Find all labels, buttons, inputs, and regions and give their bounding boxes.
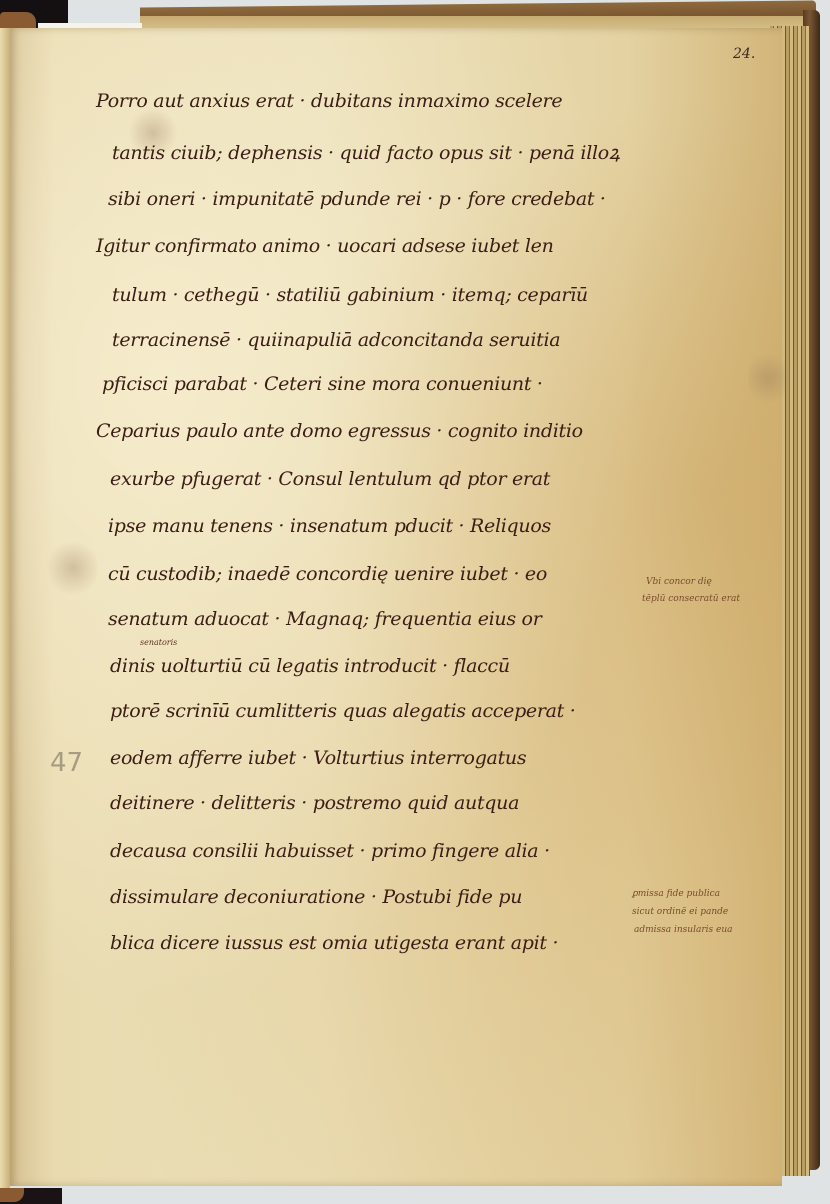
text-line: Ceparius paulo ante domo egressus · cogn…: [96, 420, 583, 442]
marginal-note-line: sicut ordinē ei pande: [632, 907, 728, 917]
text-line: tantis ciuib; dephensis · quid facto opu…: [112, 139, 620, 165]
text-line: sibi oneri · impunitatē pdunde rei · p ·…: [108, 188, 606, 210]
stain: [748, 348, 788, 408]
text-line: tulum · cethegū · statiliū gabinium · it…: [112, 284, 588, 306]
dark-corner-bottom: [0, 1188, 62, 1204]
binding-clasp-bottom: [0, 1188, 24, 1202]
text-line: cū custodib; inaedē concordię uenire iub…: [108, 563, 547, 585]
marginal-note-line: Vbi concor dię: [646, 577, 712, 587]
text-line: blica dicere iussus est omia utigesta er…: [110, 932, 558, 954]
text-line: terracinensē · quiinapuliā adconcitanda …: [112, 329, 560, 351]
text-line: exurbe pfugerat · Consul lentulum qd pto…: [110, 468, 550, 490]
text-line: pficisci parabat · Ceteri sine mora conu…: [102, 373, 543, 395]
text-line: senatum aduocat · Magnaq; frequentia eiu…: [108, 608, 541, 630]
folio-number: 24.: [733, 46, 755, 62]
text-line: ptorē scrinīū cumlitteris quas alegatis …: [110, 700, 576, 722]
text-line: dissimulare deconiuratione · Postubi fid…: [110, 886, 522, 908]
marginal-note-line: admissa insularis eua: [634, 925, 733, 935]
text-line: decausa consilii habuisset · primo finge…: [110, 840, 550, 862]
stain: [48, 538, 98, 598]
pencil-annotation: 47: [50, 748, 83, 778]
text-line: dinis uolturtiū cū legatis introducit · …: [110, 655, 510, 677]
interlinear-gloss: senatoris: [140, 638, 177, 647]
text-line: eodem afferre iubet · Volturtius interro…: [110, 747, 526, 769]
marginal-note-line: ꝑmissa fide publica: [632, 889, 720, 899]
text-line: Porro aut anxius erat · dubitans inmaxim…: [96, 90, 562, 112]
text-line: Igitur confirmato animo · uocari adsese …: [96, 235, 554, 257]
marginal-note-line: tēplū consecratū erat: [642, 594, 740, 604]
page-gutter: [0, 28, 10, 1188]
text-line: deitinere · delitteris · postremo quid a…: [110, 792, 519, 814]
text-line: ipse manu tenens · insenatum pducit · Re…: [108, 515, 551, 537]
